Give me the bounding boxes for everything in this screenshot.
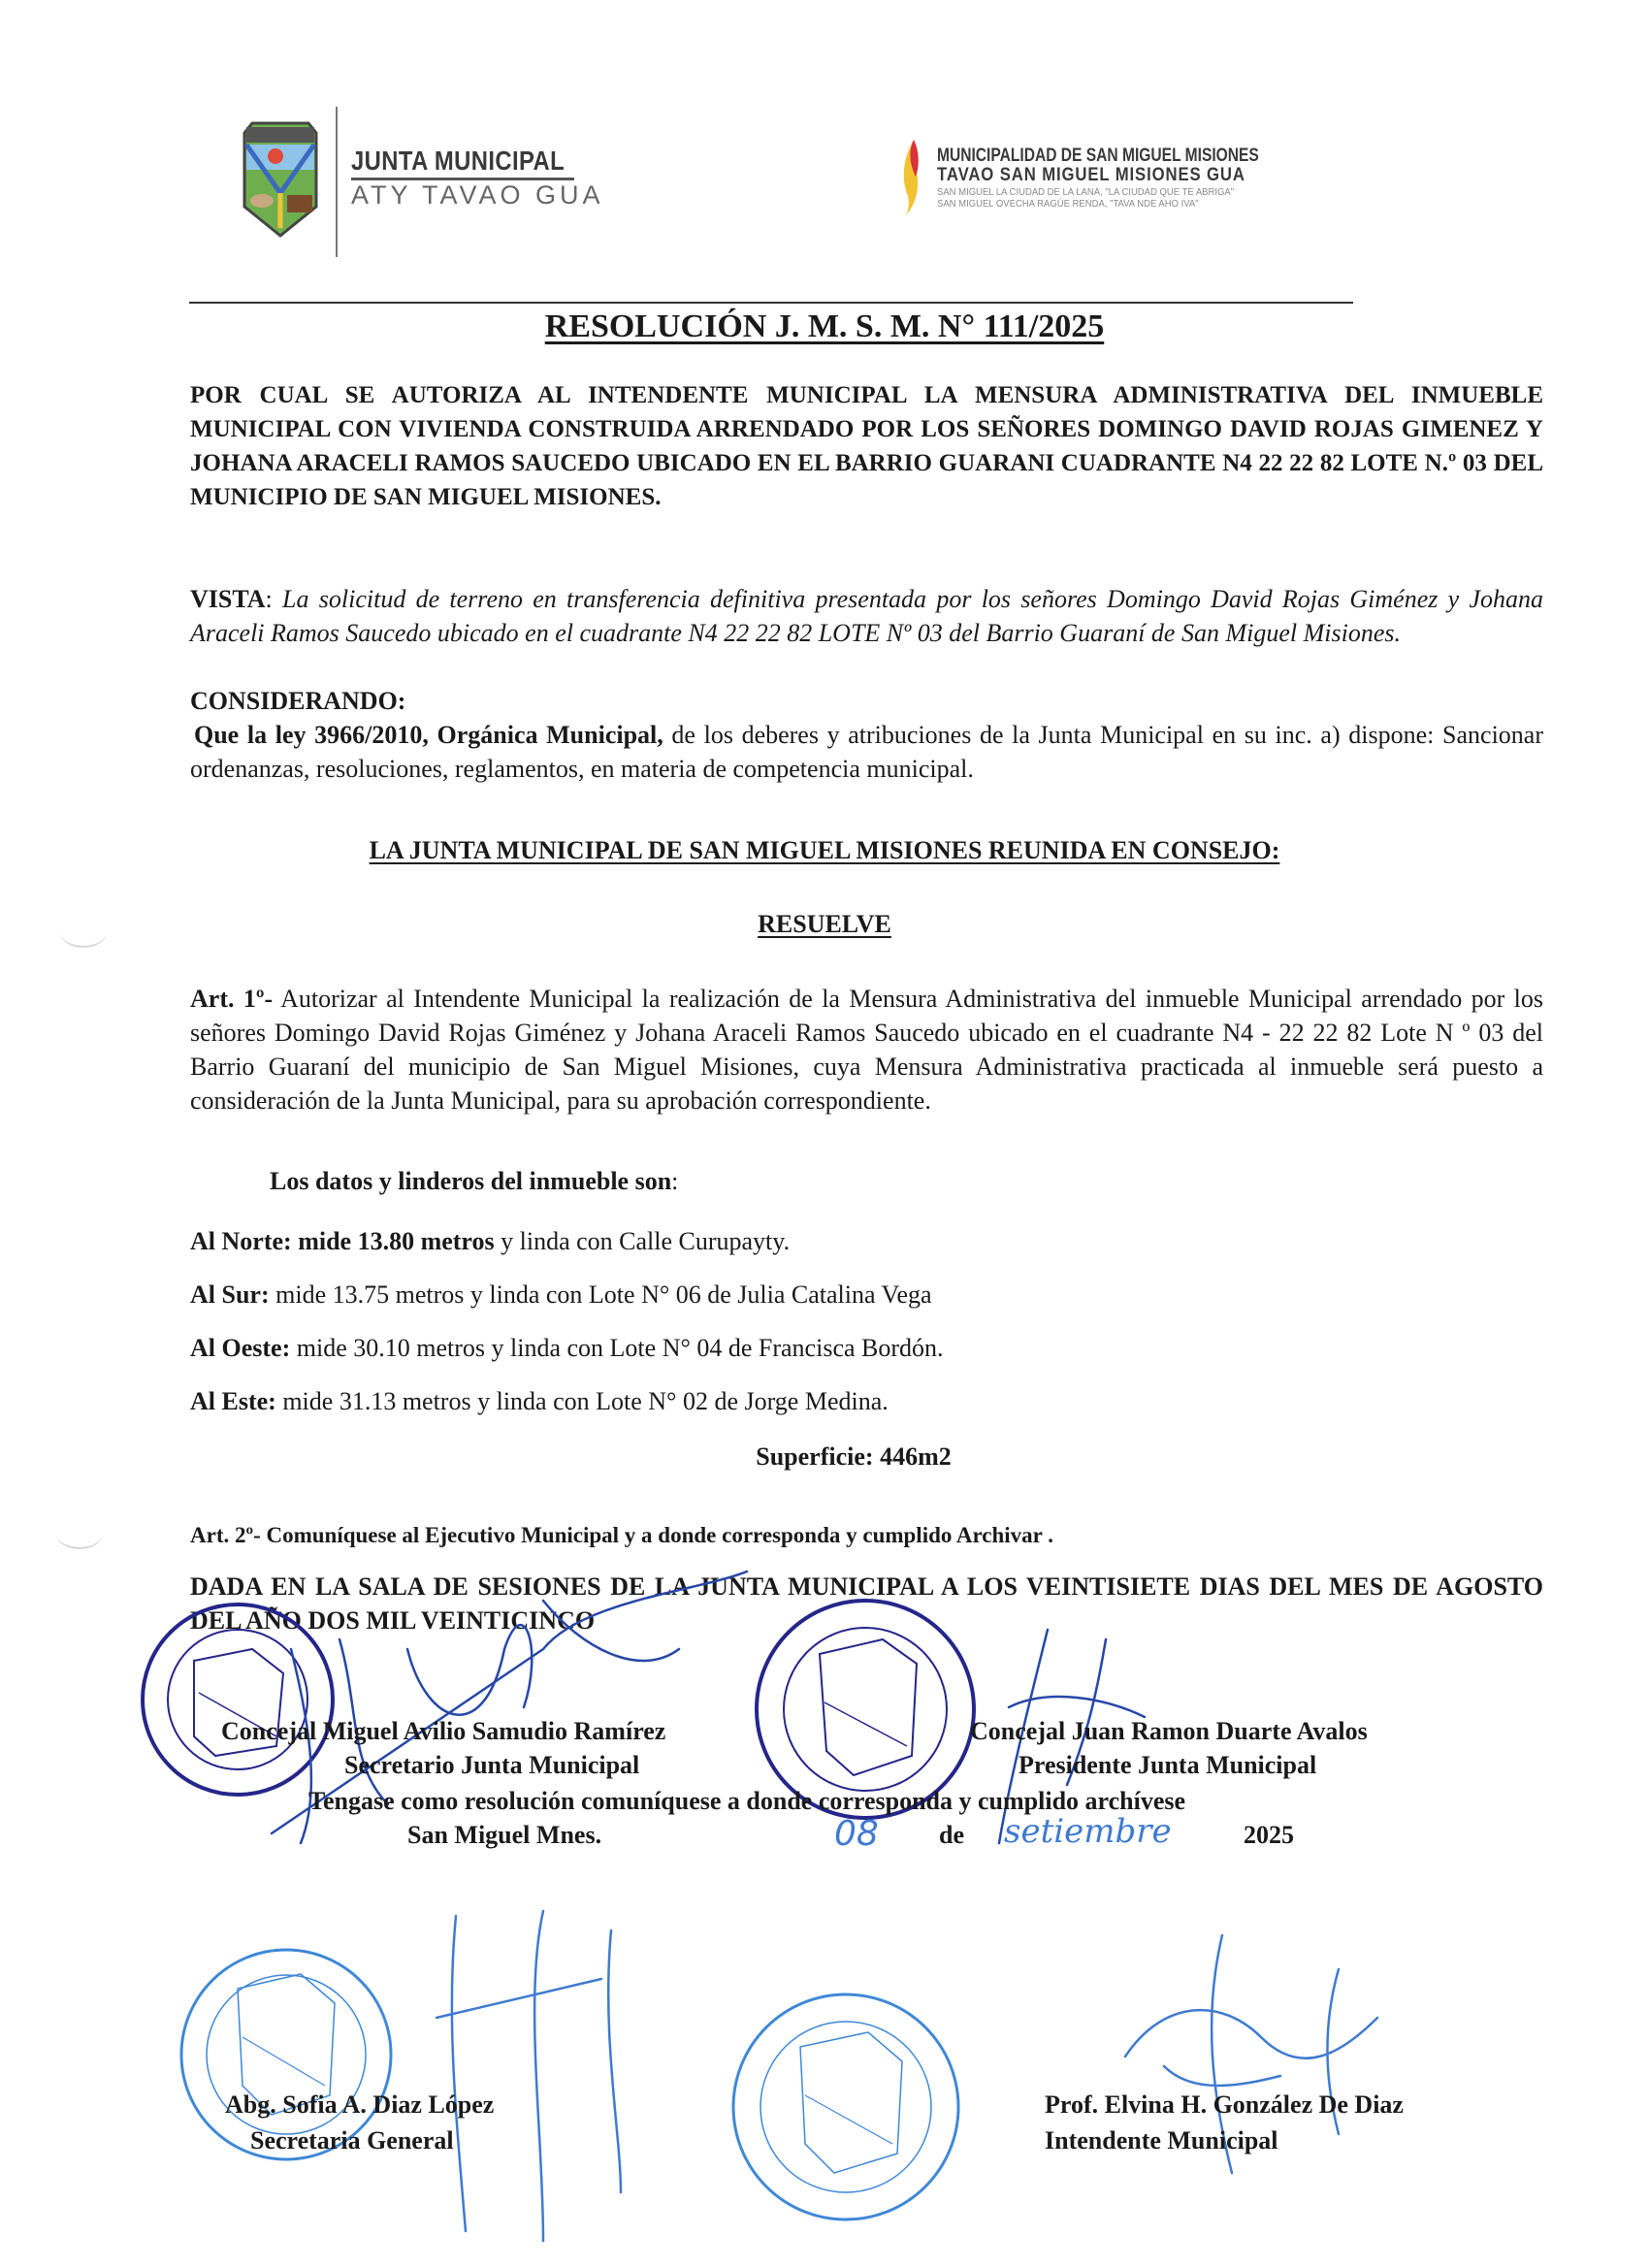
junta-municipal-subtitle: ATY TAVAO GUA	[351, 180, 604, 211]
linderos-heading-colon: :	[671, 1167, 678, 1195]
lindero-row: Al Oeste: mide 30.10 metros y linda con …	[190, 1334, 944, 1363]
linderos-heading: Los datos y linderos del inmueble son:	[270, 1167, 678, 1196]
flame-icon	[900, 138, 923, 217]
article-1-label: Art. 1º-	[190, 985, 273, 1013]
junta-municipal-title: JUNTA MUNICIPAL	[351, 146, 565, 177]
lindero-row: Al Sur: mide 13.75 metros y linda con Lo…	[190, 1280, 932, 1310]
intendente-name: Prof. Elvina H. González De Diaz	[1045, 2090, 1404, 2120]
resolution-summary: POR CUAL SE AUTORIZA AL INTENDENTE MUNIC…	[190, 378, 1543, 514]
vista-paragraph: VISTA: La solicitud de terreno en transf…	[190, 582, 1543, 650]
article-1-text: Autorizar al Intendente Municipal la rea…	[190, 985, 1543, 1115]
lindero-label: Al Sur:	[190, 1280, 270, 1309]
lindero-rest: y linda con Lote N° 02 de Jorge Medina.	[471, 1387, 889, 1415]
lindero-label: Al Norte:	[190, 1227, 292, 1255]
secretaria-general-role: Secretaria General	[250, 2126, 454, 2155]
lindero-measure: mide 31.13 metros	[276, 1387, 471, 1415]
vista-label: VISTA	[190, 585, 266, 613]
vista-text: La solicitud de terreno en transferencia…	[190, 585, 1543, 647]
council-heading-text: LA JUNTA MUNICIPAL DE SAN MIGUEL MISIONE…	[370, 836, 1280, 864]
municipalidad-name: MUNICIPALIDAD DE SAN MIGUEL MISIONES	[937, 146, 1259, 167]
lindero-rest: y linda con Lote N° 06 de Julia Catalina…	[464, 1280, 931, 1309]
secretario-role: Secretario Junta Municipal	[344, 1751, 639, 1780]
considerando-label: CONSIDERANDO:	[190, 684, 1543, 718]
article-2: Art. 2º- Comuníquese al Ejecutivo Munici…	[190, 1518, 1543, 1552]
resolution-title-text: RESOLUCIÓN J. M. S. M. N° 111/2025	[545, 308, 1105, 344]
linderos-heading-text: Los datos y linderos del inmueble son	[270, 1167, 671, 1195]
stamp-intendencia	[733, 1994, 958, 2219]
lindero-rest: y linda con Lote N° 04 de Francisca Bord…	[485, 1334, 944, 1362]
municipalidad-motto-gn: SAN MIGUEL OVECHA RAGÜE RENDA, "TAVA NDE…	[937, 199, 1199, 210]
presidente-role: Presidente Junta Municipal	[1018, 1751, 1316, 1780]
header-rule	[189, 302, 1353, 304]
municipalidad-guarani-name: TAVAO SAN MIGUEL MISIONES GUA	[937, 165, 1245, 186]
de-text: de	[939, 1821, 964, 1850]
lindero-row: Al Este: mide 31.13 metros y linda con L…	[190, 1387, 889, 1416]
resuelve-heading: RESUELVE	[0, 910, 1649, 939]
council-heading: LA JUNTA MUNICIPAL DE SAN MIGUEL MISIONE…	[0, 836, 1649, 865]
secretaria-general-name: Abg. Sofia A. Diaz López	[225, 2090, 494, 2120]
article-1: Art. 1º- Autorizar al Intendente Municip…	[190, 982, 1543, 1118]
punch-hole-bottom	[56, 1518, 103, 1549]
resuelve-text: RESUELVE	[758, 910, 891, 938]
lindero-label: Al Oeste:	[190, 1334, 290, 1362]
lindero-measure: mide 13.80 metros	[292, 1227, 495, 1255]
lindero-label: Al Este:	[190, 1387, 276, 1415]
lindero-rest: y linda con Calle Curupayty.	[495, 1227, 790, 1255]
dada-paragraph: DADA EN LA SALA DE SESIONES DE LA JUNTA …	[190, 1570, 1543, 1637]
resolution-title: RESOLUCIÓN J. M. S. M. N° 111/2025	[0, 308, 1649, 345]
lindero-row: Al Norte: mide 13.80 metros y linda con …	[190, 1227, 790, 1256]
handwritten-day: 08	[834, 1814, 879, 1854]
municipalidad-motto-es: SAN MIGUEL LA CIUDAD DE LA LANA, "LA CIU…	[937, 187, 1234, 198]
superficie: Superficie: 446m2	[0, 1442, 1649, 1472]
secretario-name: Concejal Miguel Avilio Samudio Ramírez	[221, 1717, 665, 1746]
presidente-name: Concejal Juan Ramon Duarte Avalos	[970, 1717, 1368, 1746]
intendente-role: Intendente Municipal	[1045, 2126, 1278, 2155]
handwritten-month: setiembre	[1004, 1812, 1172, 1851]
considerando-paragraph: Que la ley 3966/2010, Orgánica Municipal…	[190, 718, 1543, 786]
place-text: San Miguel Mnes.	[407, 1821, 601, 1850]
considerando-lead: Que la ley 3966/2010, Orgánica Municipal…	[194, 721, 663, 749]
signature-secretaria-general	[436, 1911, 621, 2241]
year-text: 2025	[1244, 1821, 1294, 1850]
lindero-measure: mide 13.75 metros	[270, 1280, 465, 1309]
lindero-measure: mide 30.10 metros	[290, 1334, 485, 1362]
header-divider	[336, 107, 338, 257]
municipal-shield-icon	[241, 121, 320, 238]
